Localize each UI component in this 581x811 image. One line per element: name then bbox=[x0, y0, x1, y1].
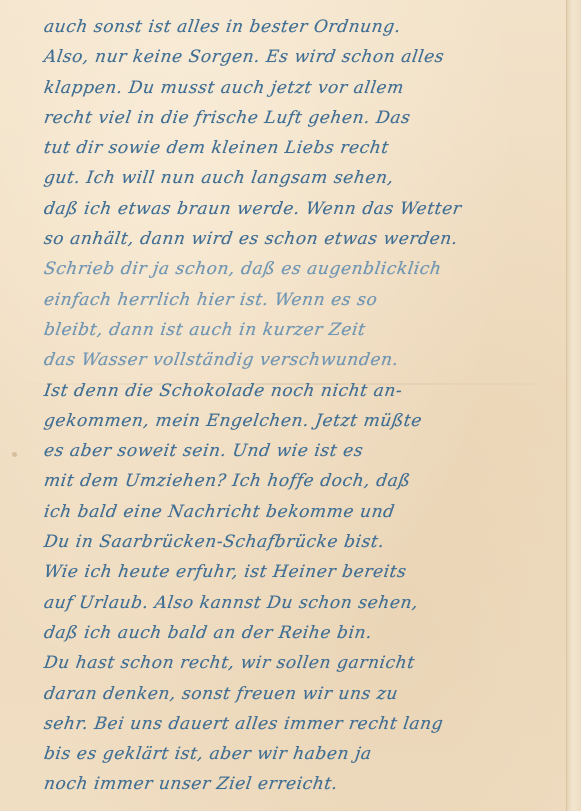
text-line: klappen. Du musst auch jetzt vor allem bbox=[42, 73, 566, 103]
text-line: Ist denn die Schokolade noch nicht an- bbox=[42, 376, 566, 406]
text-line: tut dir sowie dem kleinen Liebs recht bbox=[42, 133, 566, 163]
text-line: das Wasser vollständig verschwunden. bbox=[42, 345, 566, 375]
text-line: daß ich etwas braun werde. Wenn das Wett… bbox=[42, 194, 566, 224]
text-line: bis es geklärt ist, aber wir haben ja bbox=[42, 739, 566, 769]
text-line: Du in Saarbrücken-Schafbrücke bist. bbox=[42, 527, 566, 557]
handwritten-text-block: auch sonst ist alles in bester Ordnung. … bbox=[44, 12, 564, 800]
text-line: Also, nur keine Sorgen. Es wird schon al… bbox=[42, 42, 566, 72]
text-line: so anhält, dann wird es schon etwas werd… bbox=[42, 224, 566, 254]
paper-stain bbox=[12, 452, 17, 457]
text-line: mit dem Umziehen? Ich hoffe doch, daß bbox=[42, 466, 566, 496]
text-line: noch immer unser Ziel erreicht. bbox=[42, 769, 566, 799]
text-line: sehr. Bei uns dauert alles immer recht l… bbox=[42, 709, 566, 739]
text-line: Schrieb dir ja schon, daß es augenblickl… bbox=[42, 254, 566, 284]
text-line: daran denken, sonst freuen wir uns zu bbox=[42, 679, 566, 709]
text-line: auf Urlaub. Also kannst Du schon sehen, bbox=[42, 588, 566, 618]
text-line: ich bald eine Nachricht bekomme und bbox=[42, 497, 566, 527]
text-line: recht viel in die frische Luft gehen. Da… bbox=[42, 103, 566, 133]
text-line: gekommen, mein Engelchen. Jetzt müßte bbox=[42, 406, 566, 436]
text-line: daß ich auch bald an der Reihe bin. bbox=[42, 618, 566, 648]
text-line: auch sonst ist alles in bester Ordnung. bbox=[42, 12, 566, 42]
text-line: bleibt, dann ist auch in kurzer Zeit bbox=[42, 315, 566, 345]
text-line: es aber soweit sein. Und wie ist es bbox=[42, 436, 566, 466]
paper-right-edge bbox=[566, 0, 581, 811]
text-line: gut. Ich will nun auch langsam sehen, bbox=[42, 163, 566, 193]
text-line: einfach herrlich hier ist. Wenn es so bbox=[42, 285, 566, 315]
text-line: Du hast schon recht, wir sollen garnicht bbox=[42, 648, 566, 678]
text-line: Wie ich heute erfuhr, ist Heiner bereits bbox=[42, 557, 566, 587]
